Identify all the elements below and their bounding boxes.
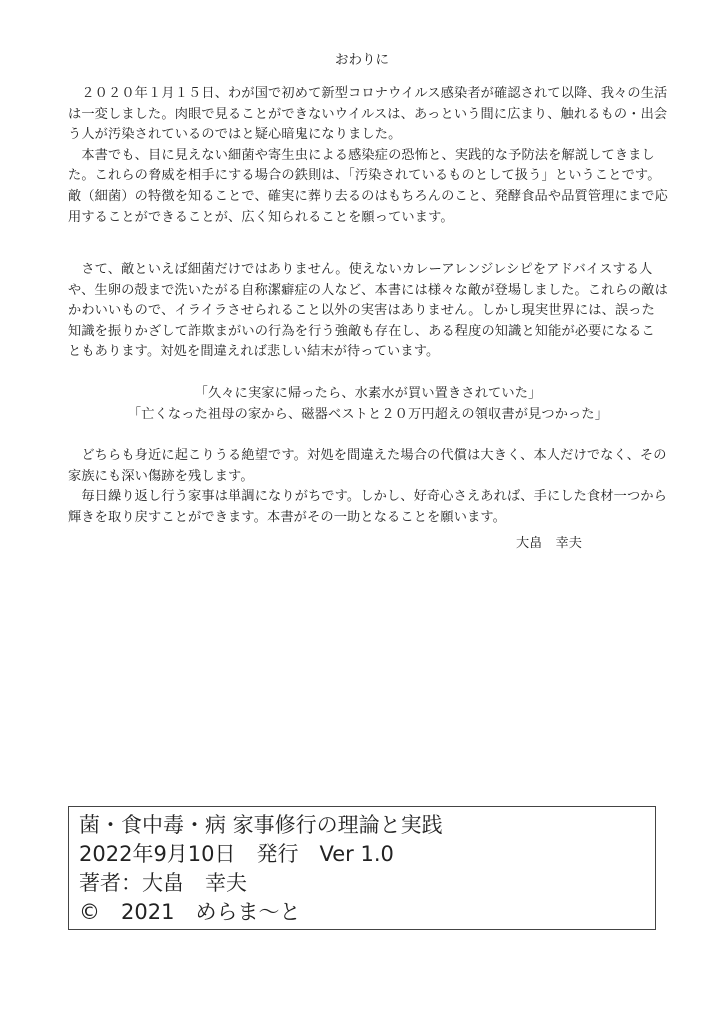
quote: 「亡くなった祖母の家から、磁器ベストと２０万円超えの領収書が見つかった」	[68, 405, 668, 426]
colophon-published: 2022年9月10日 発行 Ver 1.0	[79, 840, 645, 869]
colophon-book-title: 菌・食中毒・病 家事修行の理論と実践	[79, 811, 645, 840]
signature: 大畠 幸夫	[516, 532, 582, 551]
colophon-box: 菌・食中毒・病 家事修行の理論と実践 2022年9月10日 発行 Ver 1.0…	[68, 806, 656, 930]
paragraph: さて、敵といえば細菌だけではありません。使えないカレーアレンジレシピをアドバイス…	[68, 260, 668, 363]
colophon-copyright: © 2021 めらま～と	[79, 898, 645, 927]
paragraph: 本書でも、目に見えない細菌や寄生虫による感染症の恐怖と、実践的な予防法を解説して…	[68, 146, 668, 228]
quotes-section: 「久々に実家に帰ったら、水素水が買い置きされていた」 「亡くなった祖母の家から、…	[68, 384, 668, 425]
enemies-section: さて、敵といえば細菌だけではありません。使えないカレーアレンジレシピをアドバイス…	[68, 260, 668, 363]
quote: 「久々に実家に帰ったら、水素水が買い置きされていた」	[68, 384, 668, 405]
colophon-author: 著者：大畠 幸夫	[79, 869, 645, 898]
paragraph: 毎日繰り返し行う家事は単調になりがちです。しかし、好奇心さえあれば、手にした食材…	[68, 487, 668, 528]
paragraph: どちらも身近に起こりうる絶望です。対処を間違えた場合の代償は大きく、本人だけでな…	[68, 446, 668, 487]
closing-section: どちらも身近に起こりうる絶望です。対処を間違えた場合の代償は大きく、本人だけでな…	[68, 446, 668, 528]
intro-section: ２０２０年１月１５日、わが国で初めて新型コロナウイルス感染者が確認されて以降、我…	[68, 84, 668, 228]
paragraph: ２０２０年１月１５日、わが国で初めて新型コロナウイルス感染者が確認されて以降、我…	[68, 84, 668, 146]
page-title: おわりに	[0, 48, 724, 68]
